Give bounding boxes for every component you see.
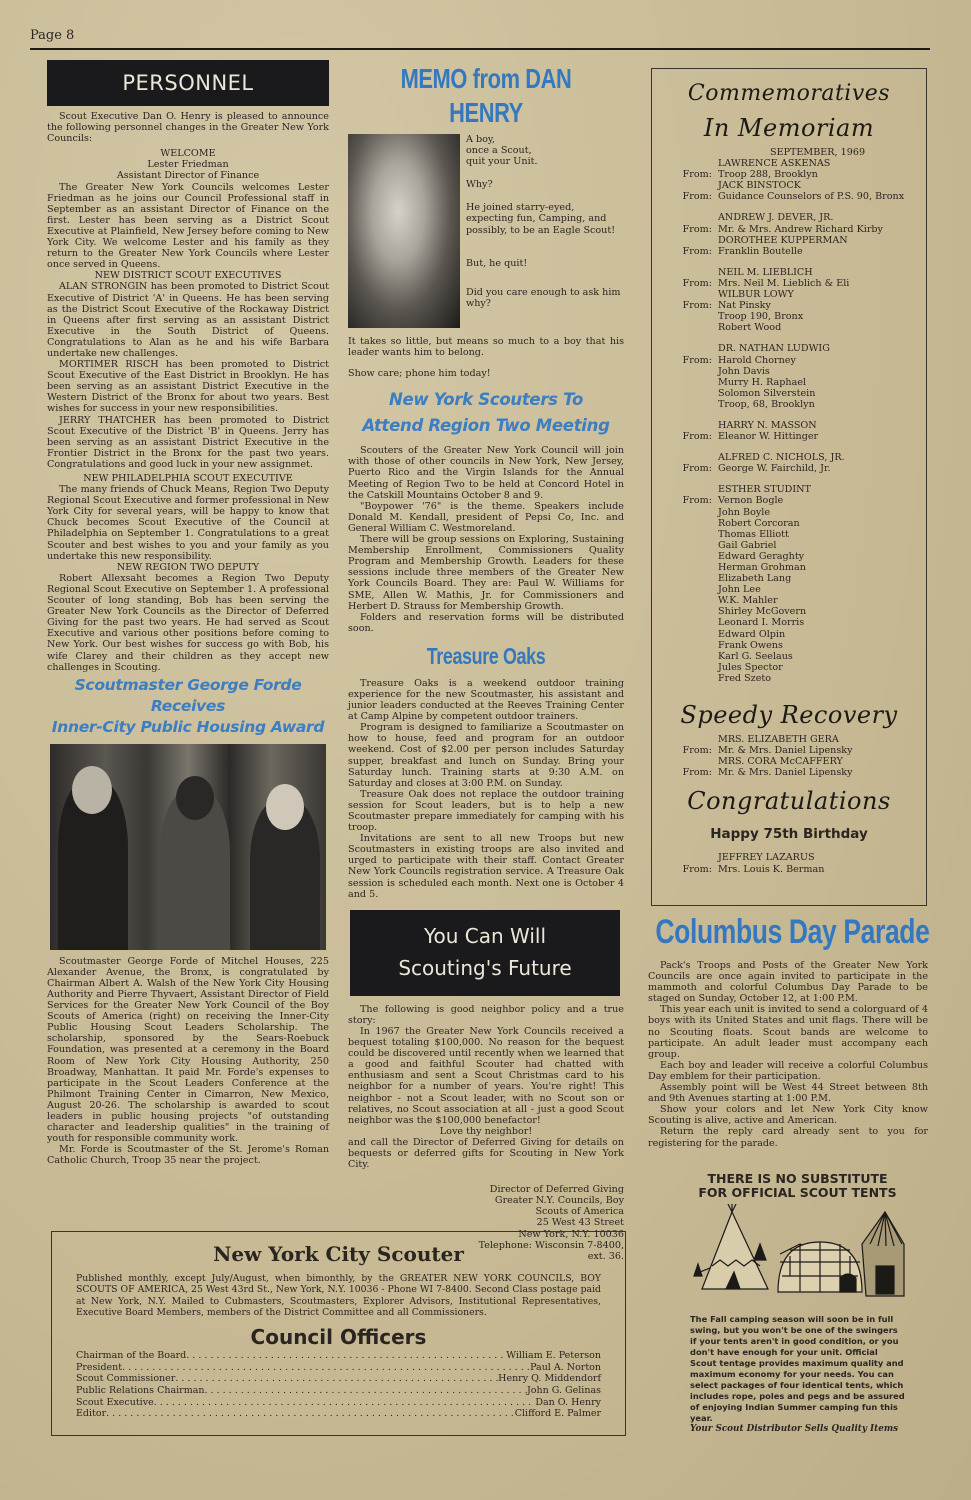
leader-dots <box>186 1350 506 1362</box>
recovery-list: MRS. ELIZABETH GERAFrom:Mr. & Mrs. Danie… <box>652 734 926 778</box>
welcome-subhead: WELCOME <box>47 148 329 159</box>
memo-block: A boy, once a Scout, quit your Unit. Why… <box>348 134 624 328</box>
district-para: JERRY THATCHER has been promoted to Dist… <box>47 415 329 470</box>
from-label <box>652 562 718 573</box>
donor-name: Mr. & Mrs. Daniel Lipensky <box>718 767 853 778</box>
officers-list: Chairman of the Board William E. Peterso… <box>76 1350 601 1420</box>
entry-gap <box>652 257 926 267</box>
signature-line: Scouts of America <box>348 1206 624 1217</box>
from-spacer <box>652 756 718 767</box>
donor-name: Thomas Elliott <box>718 529 789 540</box>
award-headline: Scoutmaster George Forde Receives Inner-… <box>47 675 329 738</box>
donor-row: Troop, 68, Brooklyn <box>652 399 926 410</box>
from-label <box>652 640 718 651</box>
donor-name: Frank Owens <box>718 640 783 651</box>
masthead-box: New York City Scouter Published monthly,… <box>51 1231 626 1436</box>
honoree-name: MRS. CORA McCAFFERY <box>718 756 843 767</box>
entry-gap <box>652 474 926 484</box>
from-label <box>652 529 718 540</box>
signature-line: Director of Deferred Giving <box>348 1184 624 1195</box>
from-label <box>652 507 718 518</box>
donor-name: Nat Pinsky <box>718 300 771 311</box>
donor-row: Jules Spector <box>652 662 926 673</box>
from-spacer <box>652 734 718 745</box>
donor-name: John Davis <box>718 366 770 377</box>
donor-row: Herman Grohman <box>652 562 926 573</box>
honoree-row: LAWRENCE ASKENAS <box>652 158 926 169</box>
from-spacer <box>652 420 718 431</box>
officer-role: Chairman of the Board <box>76 1350 186 1362</box>
will-heading-line: You Can Will <box>350 920 620 952</box>
face-right <box>266 784 304 830</box>
from-label <box>652 399 718 410</box>
from-label <box>652 540 718 551</box>
honoree-row: DR. NATHAN LUDWIG <box>652 343 926 354</box>
treasure-para: Treasure Oaks is a weekend outdoor train… <box>348 678 624 722</box>
award-caption-2: Mr. Forde is Scoutmaster of the St. Jero… <box>47 1144 329 1166</box>
leader-dots <box>154 1397 536 1409</box>
columbus-para: Return the reply card already sent to yo… <box>648 1126 928 1148</box>
donor-name: Mr. & Mrs. Andrew Richard Kirby <box>718 224 883 235</box>
region-para: Folders and reservation forms will be di… <box>348 612 624 634</box>
speedy-recovery-title: Speedy Recovery <box>652 698 926 732</box>
award-headline-line: Inner-City Public Housing Award <box>47 717 329 738</box>
from-label <box>652 673 718 684</box>
from-spacer <box>652 343 718 354</box>
memo-line: But, he quit! <box>466 258 624 269</box>
publication-title: New York City Scouter <box>76 1240 601 1268</box>
tent-ad-headline: THERE IS NO SUBSTITUTE <box>690 1172 905 1186</box>
honoree-name: JACK BINSTOCK <box>718 180 801 191</box>
from-label <box>652 573 718 584</box>
in-memoriam-title: In Memoriam <box>652 111 926 145</box>
from-label: From: <box>652 224 718 235</box>
donor-row: From:Vernon Bogle <box>652 495 926 506</box>
from-label <box>652 651 718 662</box>
from-label <box>652 311 718 322</box>
award-headline-line: Scoutmaster George Forde Receives <box>47 675 329 717</box>
donor-name: Edward Geraghty <box>718 551 804 562</box>
memoriam-list: SEPTEMBER, 1969 LAWRENCE ASKENASFrom:Tro… <box>652 147 926 684</box>
columbus-para: This year each unit is invited to send a… <box>648 1004 928 1059</box>
donor-row: Edward Geraghty <box>652 551 926 562</box>
region-deputy-body: Robert Allexsaht becomes a Region Two De… <box>47 573 329 673</box>
officer-row: President Paul A. Norton <box>76 1362 601 1374</box>
from-spacer <box>652 180 718 191</box>
memo-closing: It takes so little, but means so much to… <box>348 336 624 358</box>
from-label <box>652 551 718 562</box>
honoree-name: WILBUR LOWY <box>718 289 794 300</box>
district-para: ALAN STRONGIN has been promoted to Distr… <box>47 281 329 359</box>
donor-name: John Lee <box>718 584 761 595</box>
header-rule <box>30 48 930 50</box>
honoree-name: ESTHER STUDINT <box>718 484 811 495</box>
birthday-line: Happy 75th Birthday <box>652 826 926 842</box>
honoree-name: HARRY N. MASSON <box>718 420 817 431</box>
region-para: There will be group sessions on Explorin… <box>348 534 624 612</box>
donor-name: Mrs. Louis K. Berman <box>718 864 824 875</box>
donor-name: Herman Grohman <box>718 562 806 573</box>
honoree-row: JEFFREY LAZARUS <box>652 852 926 863</box>
officer-role: Public Relations Chairman <box>76 1385 205 1397</box>
philadelphia-subhead: NEW PHILADELPHIA SCOUT EXECUTIVE <box>47 473 329 484</box>
honoree-name: ALFRED C. NICHOLS, JR. <box>718 452 845 463</box>
memo-closing: Show care; phone him today! <box>348 368 624 379</box>
donor-name: Solomon Silverstein <box>718 388 815 399</box>
officer-name: Henry Q. Middendorf <box>498 1373 601 1385</box>
donor-name: Fred Szeto <box>718 673 771 684</box>
officer-row: Chairman of the Board William E. Peterso… <box>76 1350 601 1362</box>
honoree-row: ALFRED C. NICHOLS, JR. <box>652 452 926 463</box>
donor-row: From:George W. Fairchild, Jr. <box>652 463 926 474</box>
donor-name: W.K. Mahler <box>718 595 778 606</box>
donor-row: Robert Wood <box>652 322 926 333</box>
from-label: From: <box>652 169 718 180</box>
will-heading: You Can Will Scouting's Future <box>350 910 620 996</box>
honoree-row: MRS. ELIZABETH GERA <box>652 734 926 745</box>
face-center <box>176 776 214 820</box>
donor-row: Karl G. Seelaus <box>652 651 926 662</box>
from-label <box>652 662 718 673</box>
donor-name: Robert Wood <box>718 322 781 333</box>
leader-dots <box>175 1373 498 1385</box>
donor-row: John Boyle <box>652 507 926 518</box>
donor-row: From:Franklin Boutelle <box>652 246 926 257</box>
middle-column: MEMO from DAN HENRY A boy, once a Scout,… <box>348 62 624 1262</box>
region-para: "Boypower '76" is the theme. Speakers in… <box>348 501 624 534</box>
donor-name: Gail Gabriel <box>718 540 777 551</box>
will-para: The following is good neighbor policy an… <box>348 1004 624 1026</box>
district-subhead: NEW DISTRICT SCOUT EXECUTIVES <box>47 270 329 281</box>
personnel-column: PERSONNEL Scout Executive Dan O. Henry i… <box>47 60 329 1166</box>
honoree-row: WILBUR LOWY <box>652 289 926 300</box>
welcome-title: Assistant Director of Finance <box>47 170 329 181</box>
leader-dots <box>122 1362 530 1374</box>
officer-role: President <box>76 1362 122 1374</box>
award-caption: Scoutmaster George Forde of Mitchel Hous… <box>47 956 329 1145</box>
donor-row: Murry H. Raphael <box>652 377 926 388</box>
officer-row: Scout Commissioner Henry Q. Middendorf <box>76 1373 601 1385</box>
from-label: From: <box>652 463 718 474</box>
officer-row: Public Relations Chairman John G. Gelina… <box>76 1385 601 1397</box>
donor-row: Thomas Elliott <box>652 529 926 540</box>
columbus-headline: Columbus Day Parade <box>655 912 920 952</box>
will-para: and call the Director of Deferred Giving… <box>348 1137 624 1170</box>
dan-henry-portrait <box>348 134 460 328</box>
personnel-intro: Scout Executive Dan O. Henry is pleased … <box>47 111 329 144</box>
honoree-row: ESTHER STUDINT <box>652 484 926 495</box>
officer-name: Paul A. Norton <box>530 1362 601 1374</box>
donor-name: Eleanor W. Hittinger <box>718 431 818 442</box>
welcome-body: The Greater New York Councils welcomes L… <box>47 182 329 271</box>
donor-row: From:Mr. & Mrs. Andrew Richard Kirby <box>652 224 926 235</box>
honoree-row: JACK BINSTOCK <box>652 180 926 191</box>
tents-illustration-icon <box>690 1204 905 1304</box>
honoree-name: MRS. ELIZABETH GERA <box>718 734 839 745</box>
from-label: From: <box>652 300 718 311</box>
from-label <box>652 584 718 595</box>
from-label: From: <box>652 864 718 875</box>
officer-name: Clifford E. Palmer <box>515 1408 601 1420</box>
memo-line: He joined starry-eyed, expecting fun, Ca… <box>466 202 624 235</box>
donor-name: Leonard I. Morris <box>718 617 804 628</box>
from-spacer <box>652 289 718 300</box>
donor-row: From:Eleanor W. Hittinger <box>652 431 926 442</box>
treasure-para: Treasure Oak does not replace the outdoo… <box>348 789 624 833</box>
honoree-name: DR. NATHAN LUDWIG <box>718 343 830 354</box>
will-para: In 1967 the Greater New York Councils re… <box>348 1026 624 1126</box>
donor-row: From:Mr. & Mrs. Daniel Lipensky <box>652 745 926 756</box>
donor-name: Edward Olpin <box>718 629 785 640</box>
from-label <box>652 377 718 388</box>
award-photo <box>50 744 326 950</box>
entry-gap <box>652 202 926 212</box>
donor-row: From:Guidance Counselors of P.S. 90, Bro… <box>652 191 926 202</box>
entry-gap <box>652 333 926 343</box>
council-officers-title: Council Officers <box>76 1324 601 1350</box>
donor-row: From:Troop 288, Brooklyn <box>652 169 926 180</box>
donor-row: John Lee <box>652 584 926 595</box>
leader-dots <box>205 1385 527 1397</box>
donor-row: Leonard I. Morris <box>652 617 926 628</box>
columbus-para: Each boy and leader will receive a color… <box>648 1060 928 1082</box>
from-label <box>652 617 718 628</box>
donor-row: Gail Gabriel <box>652 540 926 551</box>
honoree-name: LAWRENCE ASKENAS <box>718 158 830 169</box>
donor-name: Karl G. Seelaus <box>718 651 793 662</box>
officer-name: John G. Gelinas <box>527 1385 601 1397</box>
columbus-column: Columbus Day Parade Pack's Troops and Po… <box>648 912 928 1149</box>
honoree-row: NEIL M. LIEBLICH <box>652 267 926 278</box>
from-label: From: <box>652 246 718 257</box>
honoree-row: ANDREW J. DEVER, JR. <box>652 212 926 223</box>
donor-name: Guidance Counselors of P.S. 90, Bronx <box>718 191 904 202</box>
love-thy-neighbor: Love thy neighbor! <box>348 1126 624 1137</box>
region-deputy-subhead: NEW REGION TWO DEPUTY <box>47 562 329 573</box>
officer-role: Scout Commissioner <box>76 1373 175 1385</box>
columbus-para: Assembly point will be West 44 Street be… <box>648 1082 928 1104</box>
page-number: Page 8 <box>30 28 74 43</box>
scout-tents-ad: THERE IS NO SUBSTITUTE FOR OFFICIAL SCOU… <box>690 1172 905 1434</box>
donor-row: Shirley McGovern <box>652 606 926 617</box>
commemoratives-title: Commemoratives <box>652 77 926 111</box>
honoree-name: DOROTHEE KUPPERMAN <box>718 235 848 246</box>
tent-ad-tagline: Your Scout Distributor Sells Quality Ite… <box>690 1424 905 1434</box>
donor-row: Elizabeth Lang <box>652 573 926 584</box>
personnel-heading: PERSONNEL <box>47 60 329 106</box>
from-spacer <box>652 158 718 169</box>
donor-row: From:Nat Pinsky <box>652 300 926 311</box>
from-label <box>652 595 718 606</box>
memoriam-date: SEPTEMBER, 1969 <box>652 147 926 158</box>
region-headline-line: Attend Region Two Meeting <box>348 413 624 439</box>
donor-name: Jules Spector <box>718 662 783 673</box>
honoree-row: HARRY N. MASSON <box>652 420 926 431</box>
donor-name: Troop 190, Bronx <box>718 311 803 322</box>
tent-ad-body: The Fall camping season will soon be in … <box>690 1314 905 1424</box>
welcome-name: Lester Friedman <box>47 159 329 170</box>
donor-row: Frank Owens <box>652 640 926 651</box>
officer-role: Editor <box>76 1408 106 1420</box>
entry-gap <box>652 410 926 420</box>
publication-info: Published monthly, except July/August, w… <box>76 1273 601 1318</box>
from-label <box>652 629 718 640</box>
from-spacer <box>652 452 718 463</box>
leader-dots <box>106 1408 515 1420</box>
from-spacer <box>652 484 718 495</box>
region-headline-line: New York Scouters To <box>348 387 624 413</box>
treasure-para: Invitations are sent to all new Troops b… <box>348 833 624 900</box>
donor-row: From:Mr. & Mrs. Daniel Lipensky <box>652 767 926 778</box>
officer-name: Dan O. Henry <box>535 1397 601 1409</box>
treasure-para: Program is designed to familiarize a Sco… <box>348 722 624 789</box>
donor-name: Troop, 68, Brooklyn <box>718 399 815 410</box>
officer-role: Scout Executive <box>76 1397 154 1409</box>
columbus-para: Show your colors and let New York City k… <box>648 1104 928 1126</box>
congrats-list: JEFFREY LAZARUSFrom:Mrs. Louis K. Berman <box>652 852 926 874</box>
officer-row: Editor Clifford E. Palmer <box>76 1408 601 1420</box>
donor-row: Edward Olpin <box>652 629 926 640</box>
donor-row: From:Mrs. Louis K. Berman <box>652 864 926 875</box>
region-para: Scouters of the Greater New York Council… <box>348 445 624 500</box>
memo-headline: MEMO from DAN HENRY <box>378 62 593 130</box>
entry-gap <box>652 442 926 452</box>
from-spacer <box>652 852 718 863</box>
from-label <box>652 606 718 617</box>
memo-line: Why? <box>466 179 624 190</box>
donor-row: W.K. Mahler <box>652 595 926 606</box>
region-meeting-headline: New York Scouters To Attend Region Two M… <box>348 387 624 439</box>
from-label: From: <box>652 191 718 202</box>
district-para: MORTIMER RISCH has been promoted to Dist… <box>47 359 329 414</box>
columbus-para: Pack's Troops and Posts of the Greater N… <box>648 960 928 1004</box>
donor-row: From:Mrs. Neil M. Lieblich & Eli <box>652 278 926 289</box>
from-label: From: <box>652 355 718 366</box>
honoree-row: MRS. CORA McCAFFERY <box>652 756 926 767</box>
from-spacer <box>652 267 718 278</box>
from-label: From: <box>652 745 718 756</box>
donor-name: Franklin Boutelle <box>718 246 803 257</box>
commemoratives-box: Commemoratives In Memoriam SEPTEMBER, 19… <box>651 68 927 906</box>
honoree-name: ANDREW J. DEVER, JR. <box>718 212 833 223</box>
signature-line: Greater N.Y. Councils, Boy <box>348 1195 624 1206</box>
donor-row: Troop 190, Bronx <box>652 311 926 322</box>
donor-row: Fred Szeto <box>652 673 926 684</box>
philadelphia-body: The many friends of Chuck Means, Region … <box>47 484 329 562</box>
donor-name: Murry H. Raphael <box>718 377 806 388</box>
from-label <box>652 388 718 399</box>
face-left <box>72 766 112 814</box>
donor-name: Harold Chorney <box>718 355 796 366</box>
donor-name: Troop 288, Brooklyn <box>718 169 818 180</box>
donor-name: Robert Corcoran <box>718 518 800 529</box>
from-label <box>652 366 718 377</box>
from-label <box>652 518 718 529</box>
officer-name: William E. Peterson <box>506 1350 601 1362</box>
donor-name: George W. Fairchild, Jr. <box>718 463 831 474</box>
from-spacer <box>652 235 718 246</box>
memo-line: A boy, once a Scout, quit your Unit. <box>466 134 624 167</box>
from-label: From: <box>652 495 718 506</box>
donor-name: Vernon Bogle <box>718 495 783 506</box>
donor-name: Elizabeth Lang <box>718 573 791 584</box>
congratulations-title: Congratulations <box>652 784 926 818</box>
donor-name: Mr. & Mrs. Daniel Lipensky <box>718 745 853 756</box>
from-label: From: <box>652 278 718 289</box>
memo-lines: A boy, once a Scout, quit your Unit. Why… <box>466 134 624 328</box>
donor-name: Mrs. Neil M. Lieblich & Eli <box>718 278 849 289</box>
memo-line: Did you care enough to ask him why? <box>466 287 624 309</box>
donor-row: From:Harold Chorney <box>652 355 926 366</box>
donor-name: Shirley McGovern <box>718 606 806 617</box>
honoree-name: NEIL M. LIEBLICH <box>718 267 813 278</box>
donor-row: Solomon Silverstein <box>652 388 926 399</box>
officer-row: Scout Executive Dan O. Henry <box>76 1397 601 1409</box>
honoree-row: DOROTHEE KUPPERMAN <box>652 235 926 246</box>
donor-row: John Davis <box>652 366 926 377</box>
from-label: From: <box>652 767 718 778</box>
from-spacer <box>652 212 718 223</box>
donor-name: John Boyle <box>718 507 770 518</box>
honoree-name: JEFFREY LAZARUS <box>718 852 815 863</box>
signature-line: 25 West 43 Street <box>348 1217 624 1228</box>
will-heading-line: Scouting's Future <box>350 952 620 984</box>
tent-ad-headline: FOR OFFICIAL SCOUT TENTS <box>690 1186 905 1200</box>
from-label <box>652 322 718 333</box>
treasure-oaks-headline: Treasure Oaks <box>378 642 593 670</box>
from-label: From: <box>652 431 718 442</box>
donor-row: Robert Corcoran <box>652 518 926 529</box>
